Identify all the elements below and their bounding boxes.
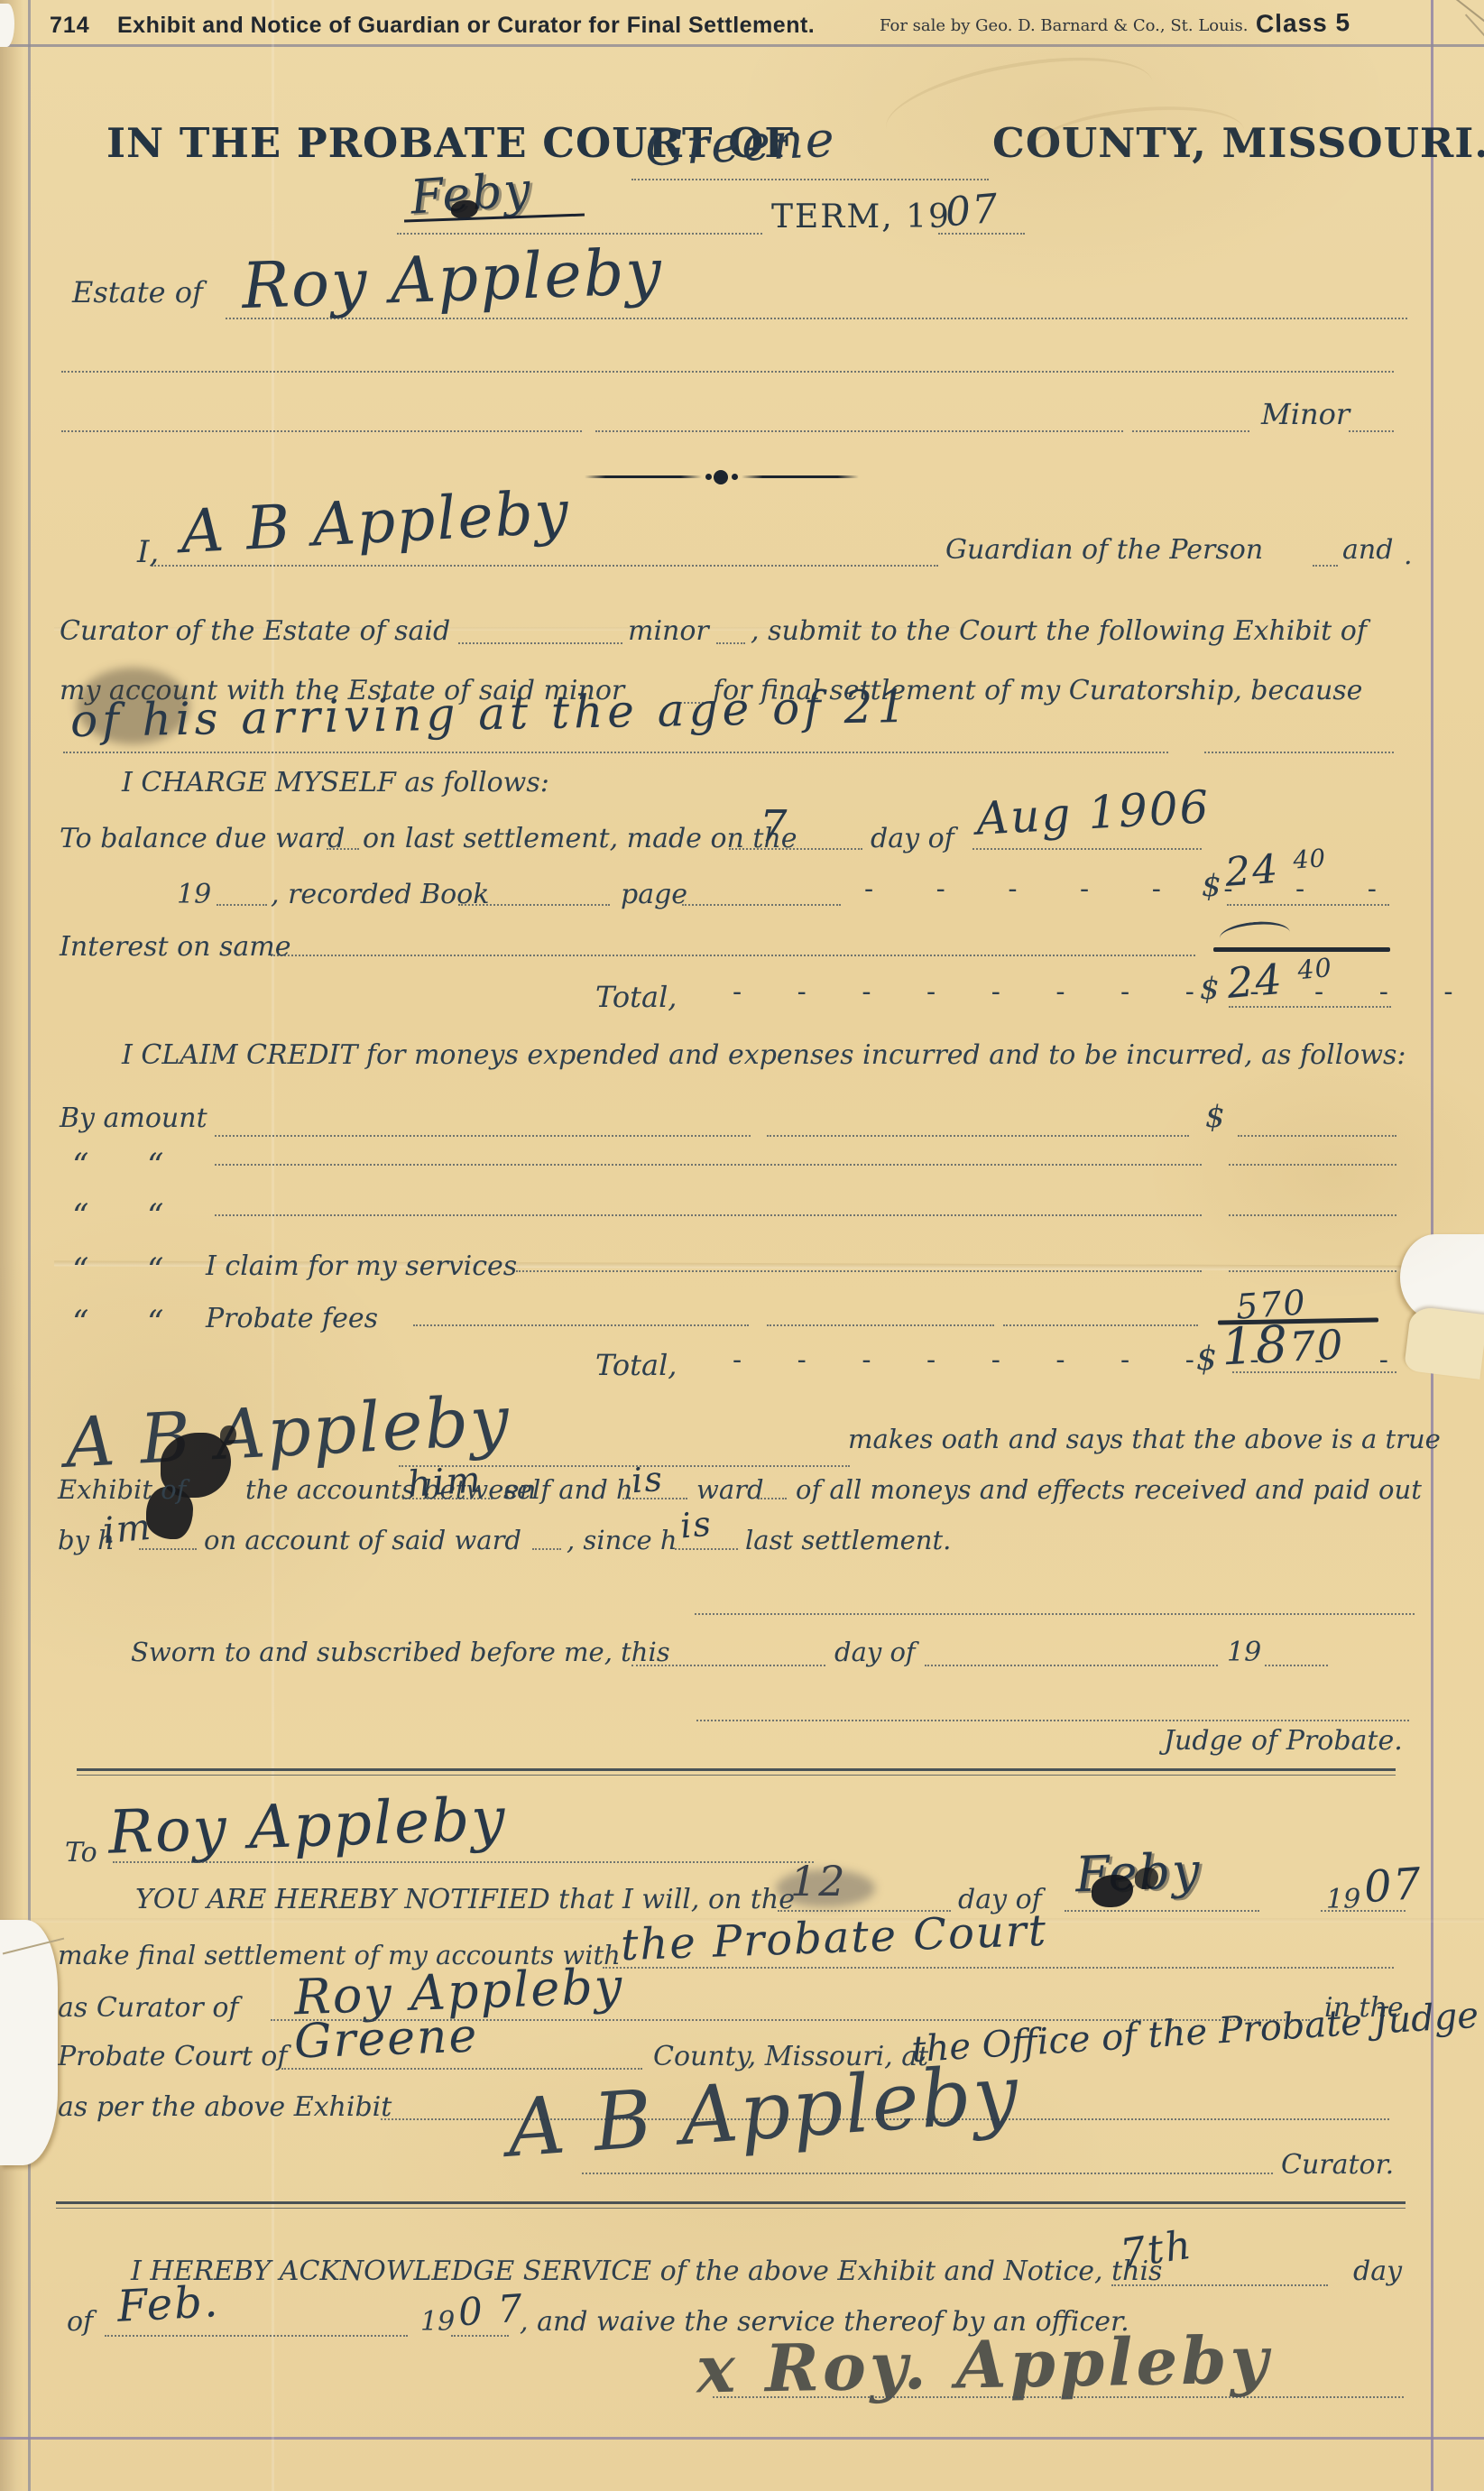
- ornament-divider: [585, 469, 859, 485]
- notified-rule-b: [1065, 1910, 1259, 1912]
- by-amount-label: By amount: [60, 1102, 207, 1134]
- curator-label: Curator.: [1281, 2149, 1394, 2181]
- total1-amount-handwritten: 24 40: [1225, 950, 1335, 1008]
- top-right-fold-line: [1445, 0, 1484, 26]
- interest-tick-handwritten: [1219, 919, 1291, 952]
- ack-line1: I HEREBY ACKNOWLEDGE SERVICE of the abov…: [131, 2256, 1162, 2287]
- blank-rule-1: [61, 371, 1394, 373]
- ack-day-label: day: [1353, 2256, 1402, 2287]
- sworn-day-of: day of: [834, 1637, 916, 1667]
- estate-name-handwritten: Roy Appleby: [241, 235, 665, 323]
- curator-line-pre: Curator of the Estate of said: [60, 615, 450, 647]
- notice-day-handwritten: 12: [790, 1857, 847, 1905]
- ditto-row3-rule-b: [1229, 1270, 1396, 1272]
- court-title-post: COUNTY, MISSOURI.: [992, 119, 1484, 167]
- oath-line3-b: on account of said ward: [204, 1525, 521, 1555]
- exhibit-line: as per the above Exhibit: [58, 2091, 392, 2123]
- ditto-row1-rule-b: [1229, 1164, 1396, 1166]
- notified-rule-c: [1321, 1910, 1406, 1912]
- charge-heading: I CHARGE MYSELF as follows:: [122, 767, 549, 798]
- by-amount-dollar: $: [1205, 1099, 1225, 1135]
- book-year-label: 19: [177, 879, 211, 910]
- book-rule-c: [682, 904, 841, 906]
- ack-signature-pencil: x Roy. Appleby: [696, 2320, 1272, 2407]
- curator-line-rule-b: [716, 642, 745, 644]
- top-margin-line: [0, 44, 1484, 47]
- total2-rule: [1232, 1371, 1396, 1373]
- ditto-row2-rule-b: [1229, 1214, 1396, 1216]
- minor-label: Minor: [1261, 397, 1350, 431]
- oath-line3-rule-b: [532, 1548, 561, 1550]
- right-edge-tear: [1400, 1234, 1484, 1321]
- oath-is1-handwritten: is: [631, 1459, 666, 1500]
- ack-signature-rule: [713, 2396, 1404, 2398]
- total1-leaders: - - - - - - - - - - - -: [733, 976, 1477, 1008]
- oath-is2-handwritten: is: [678, 1504, 714, 1546]
- notice-signature-rule: [582, 2173, 1273, 2174]
- balance-amount-handwritten: 24 40: [1223, 843, 1328, 896]
- oath-line2-c: self and h: [503, 1474, 633, 1505]
- balance-rule-c: [972, 848, 1202, 850]
- ditto-row4-mark-b: “: [147, 1305, 163, 1342]
- to-name-handwritten: Roy Appleby: [107, 1784, 508, 1867]
- oath-line2-b: the accounts between: [245, 1474, 536, 1505]
- because-rule-a: [63, 752, 1168, 753]
- guardian-name-rule: [152, 565, 938, 567]
- ditto-row2-rule-a: [215, 1214, 1202, 1216]
- oath-line3-d: last settlement.: [745, 1525, 951, 1555]
- sworn-rule-c: [1265, 1665, 1328, 1666]
- by-amount-rule-c: [1238, 1135, 1396, 1137]
- total2-label: Total,: [595, 1348, 677, 1382]
- oath-line2-e: of all moneys and effects received and p…: [796, 1474, 1422, 1505]
- oath-line2-d: ward: [696, 1474, 764, 1505]
- notice-signature-handwritten: A B Appleby: [504, 2046, 1022, 2174]
- term-year-rule: [938, 233, 1025, 235]
- form-number: 714: [50, 13, 90, 39]
- balance-day-handwritten: 7: [760, 801, 789, 852]
- book-recorded: , recorded Book: [271, 879, 489, 910]
- ditto-row4-rule-b: [767, 1324, 994, 1326]
- form-title: Exhibit and Notice of Guardian or Curato…: [117, 13, 815, 39]
- and-period: .: [1404, 540, 1413, 571]
- oath-line2-rule-a: [402, 1498, 493, 1499]
- balance-amount-rule: [1227, 904, 1389, 906]
- total1-dollar-sign: $: [1200, 971, 1220, 1007]
- minor-rule-d: [1349, 430, 1394, 432]
- book-page-label: page: [621, 879, 687, 910]
- ditto-row4-rule-c: [1003, 1324, 1198, 1326]
- ditto-row3-rule-a: [516, 1270, 1202, 1272]
- curator-line-rule-a: [458, 642, 622, 644]
- probate-fees-label: Probate fees: [206, 1303, 378, 1334]
- oath-line3-rule-c: [675, 1548, 738, 1550]
- document-page: 714 Exhibit and Notice of Guardian or Cu…: [0, 0, 1484, 2491]
- by-amount-rule-b: [767, 1135, 1189, 1137]
- ack-rule-b: [105, 2335, 408, 2337]
- ack-month-handwritten: Feb.: [116, 2276, 221, 2332]
- oath-line3-c: , since h: [567, 1525, 677, 1555]
- term-label: TERM, 19: [771, 198, 951, 235]
- sworn-year: 19: [1227, 1637, 1261, 1668]
- curator-line-minor: minor: [628, 615, 709, 647]
- credit-heading: I CLAIM CREDIT for moneys expended and e…: [122, 1039, 1406, 1071]
- notice-month-blotch: [1092, 1875, 1133, 1907]
- notified-pre: YOU ARE HEREBY NOTIFIED that I will, on …: [135, 1884, 795, 1915]
- ditto-row3-mark-b: “: [147, 1252, 163, 1289]
- judge-label: Judge of Probate.: [1164, 1725, 1403, 1757]
- interest-label: Interest on same: [60, 931, 290, 963]
- bottom-margin-line: [0, 2437, 1484, 2440]
- oath-im-handwritten: im: [101, 1507, 154, 1553]
- ditto-row3-mark-a: “: [72, 1252, 88, 1289]
- minor-rule-b: [595, 430, 1123, 432]
- to-rule: [113, 1861, 814, 1863]
- oath-line1: makes oath and says that the above is a …: [848, 1424, 1441, 1454]
- curator-of-pre: as Curator of: [58, 1992, 238, 2024]
- oath-line2-rule-c: [758, 1498, 787, 1499]
- total1-label: Total,: [595, 980, 677, 1014]
- book-rule-a: [217, 904, 267, 906]
- oath-line3-rule-a: [139, 1548, 197, 1550]
- ditto-row2-mark-b: “: [147, 1198, 163, 1235]
- total2-dollar-sign: $: [1196, 1341, 1217, 1378]
- class-label: Class 5: [1256, 8, 1351, 39]
- balance-dollar-sign: $: [1202, 868, 1221, 904]
- section-divider-2: [56, 2201, 1406, 2209]
- court-of-rule: [281, 2068, 642, 2070]
- court-of-pre: Probate Court of: [58, 2041, 287, 2072]
- court-county-handwritten: Greene: [293, 2008, 479, 2069]
- services-label: I claim for my services: [206, 1250, 517, 1282]
- blank-rule-2: [695, 1613, 1415, 1615]
- right-edge-tear-flap: [1404, 1305, 1484, 1379]
- estate-label: Estate of: [72, 275, 203, 309]
- ditto-row1-mark-a: “: [72, 1148, 88, 1185]
- oath-line2-rule-b: [622, 1498, 687, 1499]
- ditto-row2-mark-a: “: [72, 1198, 88, 1235]
- settle-rule: [603, 1967, 1394, 1969]
- to-label: To: [65, 1837, 97, 1868]
- vendor-imprint: For sale by Geo. D. Barnard & Co., St. L…: [880, 16, 1248, 35]
- ack-rule-c: [451, 2335, 509, 2337]
- sworn-rule-a: [631, 1665, 825, 1666]
- term-year-handwritten: 07: [944, 185, 1001, 235]
- sworn-rule-b: [925, 1665, 1218, 1666]
- total1-rule: [1229, 1006, 1391, 1008]
- county-rule: [631, 179, 989, 180]
- guardian-label: Guardian of the Person: [945, 534, 1263, 566]
- ack-of-label: of: [67, 2306, 93, 2338]
- minor-rule-c: [1132, 430, 1249, 432]
- book-rule-b: [458, 904, 610, 906]
- balance-pre: To balance due ward: [60, 823, 345, 854]
- term-rule: [397, 233, 762, 235]
- ditto-row4-rule-a: [413, 1324, 749, 1326]
- ack-day-handwritten: 7th: [1118, 2222, 1195, 2278]
- oath-line2-a: Exhibit of: [58, 1474, 186, 1505]
- interest-rule: [271, 955, 1195, 956]
- because-rule-b: [1204, 752, 1394, 753]
- balance-rule-b: [729, 848, 862, 850]
- ditto-row4-mark-a: “: [72, 1305, 88, 1342]
- county-handwritten: Greene: [643, 111, 837, 178]
- minor-rule-a: [61, 430, 582, 432]
- estate-rule: [226, 318, 1407, 319]
- ditto-row1-rule-a: [215, 1164, 1202, 1166]
- ack-rule-a: [1111, 2284, 1328, 2286]
- and-label: and: [1342, 534, 1393, 566]
- balance-month-handwritten: Aug 1906: [975, 780, 1212, 845]
- interest-sum-line: [1213, 947, 1390, 952]
- ditto-row1-mark-b: “: [147, 1148, 163, 1185]
- ack-year-handwritten: 0 7: [456, 2286, 525, 2335]
- curator-line-post: , submit to the Court the following Exhi…: [751, 615, 1367, 647]
- guardian-signature-handwritten: A B Appleby: [179, 477, 571, 567]
- notice-year-handwritten: 07: [1362, 1859, 1424, 1913]
- section-divider-1: [77, 1768, 1396, 1776]
- guardian-rule-b: [1313, 565, 1338, 567]
- sworn-pre: Sworn to and subscribed before me, this: [131, 1637, 670, 1667]
- balance-day-of: day of: [871, 823, 954, 854]
- ack-year-label: 19: [420, 2306, 455, 2338]
- balance-rule-a: [327, 848, 359, 850]
- left-edge-tear: [0, 1920, 58, 2165]
- judge-rule: [696, 1720, 1409, 1721]
- by-amount-rule-a: [215, 1135, 751, 1137]
- total2-amount-handwritten: 1870: [1220, 1312, 1345, 1377]
